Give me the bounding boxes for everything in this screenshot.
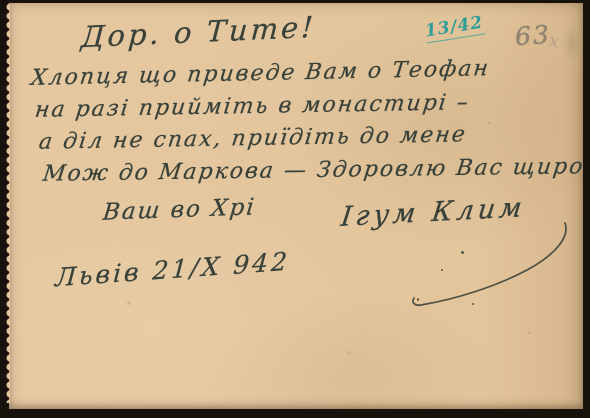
signature-flourish: [387, 215, 572, 315]
body-line: Хлопця що приведе Вам о Теофан: [30, 56, 492, 91]
ink-dot: [461, 251, 464, 254]
archival-number-pencil: 63: [514, 20, 552, 51]
ink-dot: [417, 298, 419, 301]
ink-dot: [472, 303, 474, 305]
perforated-edge: [3, 3, 10, 403]
archival-number-blue: 13/42: [424, 13, 485, 44]
body-line: Мож до Маркова — Здоровлю Вас щиро: [41, 154, 586, 187]
body-line: на разі прийміть в монастирі –: [33, 90, 471, 123]
closing-line: Ваш во Хрі: [102, 194, 257, 225]
salutation: Дор. о Тите!: [80, 10, 317, 54]
body-line: а діл не спах, приїдіть до мене: [37, 122, 468, 155]
scanned-letter: Дор. о Тите! Хлопця що приведе Вам о Тео…: [0, 0, 590, 418]
pencil-smudge: [557, 13, 587, 73]
paper-card: Дор. о Тите! Хлопця що приведе Вам о Тео…: [9, 3, 583, 409]
ink-dot: [441, 269, 443, 271]
dateline: Львів 21/X 942: [54, 247, 291, 293]
